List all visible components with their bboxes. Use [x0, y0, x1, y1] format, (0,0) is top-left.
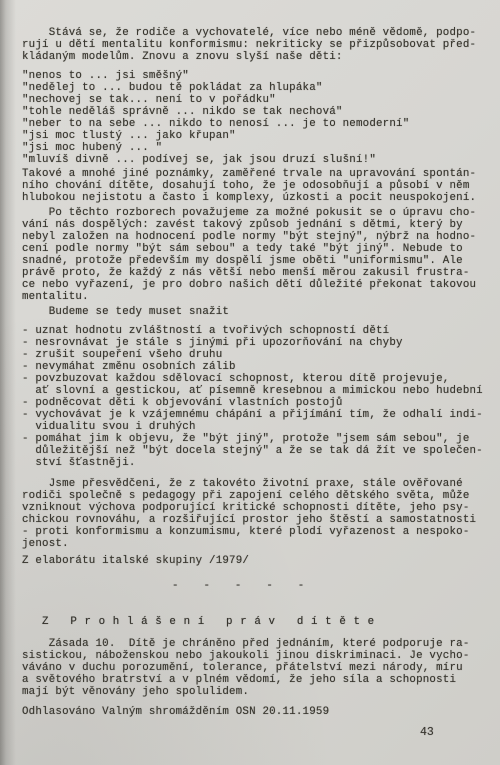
effort-bullet-list: - uznat hodnotu zvláštností a tvořivých … [22, 325, 492, 469]
conviction-paragraph: Jsme přesvědčeni, že z takovéto životní … [22, 478, 492, 550]
analysis-paragraph: Po těchto rozborech považujeme za možné … [22, 207, 492, 303]
section-separator: - - - - - [22, 580, 492, 592]
intro-paragraph: Stává se, že rodiče a vychovatelé, více … [22, 27, 492, 63]
source-note: Z elaborátu italské skupiny /1979/ [22, 555, 492, 567]
declaration-heading: Z P r o h l á š e n í p r á v d í t ě t … [22, 616, 492, 628]
children-quotes-list: "nenos to ... jsi směšný" "nedělej to ..… [22, 70, 492, 166]
remarks-paragraph: Takové a mnohé jiné poznámky, zaměřené t… [22, 168, 492, 204]
document-page: Stává se, že rodiče a vychovatelé, více … [0, 0, 500, 765]
page-number: 43 [420, 726, 434, 739]
principle-paragraph: Zásada 10. Dítě je chráněno před jednání… [22, 638, 492, 698]
effort-heading: Budeme se tedy muset snažit [22, 306, 492, 318]
adoption-note: Odhlasováno Valným shromážděním OSN 20.1… [22, 706, 492, 718]
